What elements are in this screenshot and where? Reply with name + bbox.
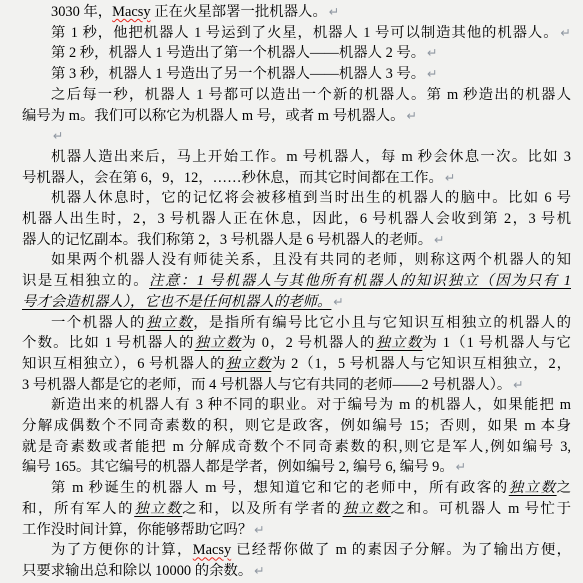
text-line: 新造出来的机器人有 3 种不同的职业。对于编号为 m 的机器人，如果能把 m (22, 395, 571, 416)
misspelled-word: Macsy (193, 542, 231, 558)
misspelled-word: Macsy (112, 4, 150, 20)
text-line: 如果两个机器人没有师徒关系，且没有共同的老师，则称这两个机器人的知 (22, 250, 571, 271)
text-run: 知识互相独立），6 号机器人的 (22, 356, 225, 372)
text-line: 知识互相独立），6 号机器人的独立数为 2（1，5 号机器人与它知识互相独立，2… (22, 354, 571, 375)
text-run: 已经帮你做了 m 的素因子分解。为了输出方便， (231, 542, 571, 558)
text-line: 个数。比如 1 号机器人的独立数为 0，2 号机器人的独立数为 1（1 号机器人… (22, 333, 571, 354)
text-line: 机器人出生时，2，3 号机器人正在休息，因此，6 号机器人会收到第 2，3 号机 (22, 209, 571, 230)
text-line: 编号 165。其它编号的机器人都是学者，例如编号 2, 编号 6, 编号 9。↵ (22, 457, 571, 478)
text-run: 机器人休息时，它的记忆将会被移植到当时出生的机器人的脑中。比如 6 号 (51, 190, 571, 206)
text-line: 号机器人，会在第 6，9，12，……秒休息，而其它时间都在工作。↵ (22, 168, 571, 189)
text-run: 第 2 秒，机器人 1 号造出了第一个机器人——机器人 2 号。 (51, 45, 425, 61)
text-run: 之和，以及所有学者的 (182, 501, 342, 517)
text-run: 之后每一秒，机器人 1 号都可以造出一个新的机器人。第 m 秒造出的机器人 (51, 87, 571, 103)
text-line: 第 m 秒诞生的机器人 m 号，想知道它和它的老师中，所有政客的独立数之 (22, 478, 571, 499)
note-italic-underlined-run: 号才会造机器人），它也不是任何机器人的老师。 (22, 294, 331, 310)
text-run: 正在火星部署一批机器人。 (151, 4, 327, 20)
text-run: 机器人造出来后，马上开始工作。m 号机器人，每 m 秒会休息一次。比如 3 (51, 149, 571, 165)
text-run: 编号 165。其它编号的机器人都是学者，例如编号 2, 编号 6, 编号 9。 (22, 459, 454, 475)
text-line: 就是奇素数或者能把 m 分解成奇数个不同奇素数的积,则它是军人,例如编号 3, (22, 437, 571, 458)
paragraph-mark-icon: ↵ (559, 25, 571, 40)
paragraph-mark-icon: ↵ (511, 377, 523, 392)
paragraph-mark-icon: ↵ (252, 522, 264, 537)
text-run: 如果两个机器人没有师徒关系，且没有共同的老师，则称这两个机器人的知 (51, 252, 571, 268)
text-line: 编号为 m。我们可以称它为机器人 m 号，或者 m 号机器人。↵ (22, 106, 571, 127)
text-run: 3 号机器人都是它的老师，而 4 号机器人与它有共同的老师——2 号机器人）。 (22, 377, 511, 393)
text-run: 为 0，2 号机器人的 (241, 335, 375, 351)
paragraph-mark-icon: ↵ (405, 108, 417, 123)
term-independence-number: 独立数 (134, 501, 182, 517)
paragraph-mark-icon: ↵ (51, 128, 63, 143)
paragraph-mark-icon: ↵ (443, 170, 455, 185)
text-line: 为了方便你的计算，Macsy 已经帮你做了 m 的素因子分解。为了输出方便， (22, 540, 571, 561)
text-run: 为 1（1 号机器人与它 (422, 335, 571, 351)
text-line: 第 2 秒，机器人 1 号造出了第一个机器人——机器人 2 号。↵ (22, 43, 571, 64)
text-run: 就是奇素数或者能把 m 分解成奇数个不同奇素数的积,则它是军人,例如编号 3, (22, 439, 571, 455)
text-line: 3030 年，Macsy 正在火星部署一批机器人。↵ (22, 2, 571, 23)
text-line: 机器人造出来后，马上开始工作。m 号机器人，每 m 秒会休息一次。比如 3 (22, 147, 571, 168)
paragraph-mark-icon: ↵ (425, 66, 437, 81)
text-run: 和，所有军人的 (22, 501, 134, 517)
paragraph-mark-icon: ↵ (454, 459, 466, 474)
text-run: 号机器人，会在第 6，9，12，……秒休息，而其它时间都在工作。 (22, 170, 443, 186)
term-independence-number: 独立数 (343, 501, 391, 517)
text-line: 号才会造机器人），它也不是任何机器人的老师。↵ (22, 292, 571, 313)
text-line: 第 3 秒，机器人 1 号造出了另一个机器人——机器人 3 号。↵ (22, 64, 571, 85)
text-run: 为了方便你的计算， (51, 542, 193, 558)
paragraph-mark-icon: ↵ (327, 4, 339, 19)
text-line: 第 1 秒，他把机器人 1 号运到了火星，机器人 1 号可以制造其他的机器人。↵ (22, 23, 571, 44)
text-run: 机器人出生时，2，3 号机器人正在休息，因此，6 号机器人会收到第 2，3 号机 (22, 211, 571, 227)
text-run: 为 2（1，5 号机器人与它知识互相独立，2， (271, 356, 571, 372)
text-line: 之后每一秒，机器人 1 号都可以造出一个新的机器人。第 m 秒造出的机器人 (22, 85, 571, 106)
text-run: 个数。比如 1 号机器人的 (22, 335, 195, 351)
paragraph-mark-icon: ↵ (331, 294, 343, 309)
text-run: ，是指所有编号比它小且与它知识互相独立的机器人的 (193, 315, 571, 331)
document-page: 3030 年，Macsy 正在火星部署一批机器人。↵ 第 1 秒，他把机器人 1… (0, 0, 583, 582)
text-run: 工作没时间计算，你能够帮助它吗？ (22, 522, 252, 538)
text-run: 之和。可机器人 m 号忙于 (391, 501, 571, 517)
text-run: 之 (557, 480, 571, 496)
text-line: 分解成偶数个不同奇素数的积，则它是政客，例如编号 15；否则，如果 m 本身 (22, 416, 571, 437)
text-line: 识是互相独立的。注意：1 号机器人与其他所有机器人的知识独立（因为只有 1 (22, 271, 571, 292)
paragraph-mark-icon: ↵ (252, 563, 264, 578)
empty-line: ↵ (22, 126, 571, 147)
text-run: 一个机器人的 (51, 315, 146, 331)
text-line: 和，所有军人的独立数之和，以及所有学者的独立数之和。可机器人 m 号忙于 (22, 499, 571, 520)
term-independence-number: 独立数 (509, 480, 557, 496)
text-run: 识是互相独立的。 (22, 273, 149, 289)
paragraph-mark-icon: ↵ (432, 232, 444, 247)
text-run: 第 3 秒，机器人 1 号造出了另一个机器人——机器人 3 号。 (51, 66, 425, 82)
term-independence-number: 独立数 (225, 356, 271, 372)
text-line: 3 号机器人都是它的老师，而 4 号机器人与它有共同的老师——2 号机器人）。↵ (22, 375, 571, 396)
term-independence-number: 独立数 (376, 335, 423, 351)
text-run: 第 m 秒诞生的机器人 m 号，想知道它和它的老师中，所有政客的 (51, 480, 509, 496)
text-run: 编号为 m。我们可以称它为机器人 m 号，或者 m 号机器人。 (22, 108, 405, 124)
text-run: 分解成偶数个不同奇素数的积，则它是政客，例如编号 15；否则，如果 m 本身 (22, 418, 571, 434)
text-line: 工作没时间计算，你能够帮助它吗？↵ (22, 520, 571, 541)
text-run: 新造出来的机器人有 3 种不同的职业。对于编号为 m 的机器人，如果能把 m (51, 397, 571, 413)
note-italic-underlined-run: 注意：1 号机器人与其他所有机器人的知识独立（因为只有 1 (149, 273, 571, 289)
term-independence-number: 独立数 (146, 315, 193, 331)
text-line: 一个机器人的独立数，是指所有编号比它小且与它知识互相独立的机器人的 (22, 313, 571, 334)
text-run: 第 1 秒，他把机器人 1 号运到了火星，机器人 1 号可以制造其他的机器人。 (51, 25, 559, 41)
text-run: 器人的记忆副本。我们称第 2，3 号机器人是 6 号机器人的老师。 (22, 232, 432, 248)
term-independence-number: 独立数 (195, 335, 242, 351)
text-line: 器人的记忆副本。我们称第 2，3 号机器人是 6 号机器人的老师。↵ (22, 230, 571, 251)
text-run: 3030 年， (51, 4, 112, 20)
paragraph-mark-icon: ↵ (425, 45, 437, 60)
text-run: 只要求输出总和除以 10000 的余数。 (22, 563, 252, 579)
text-line: 机器人休息时，它的记忆将会被移植到当时出生的机器人的脑中。比如 6 号 (22, 188, 571, 209)
text-line: 只要求输出总和除以 10000 的余数。↵ (22, 561, 571, 582)
